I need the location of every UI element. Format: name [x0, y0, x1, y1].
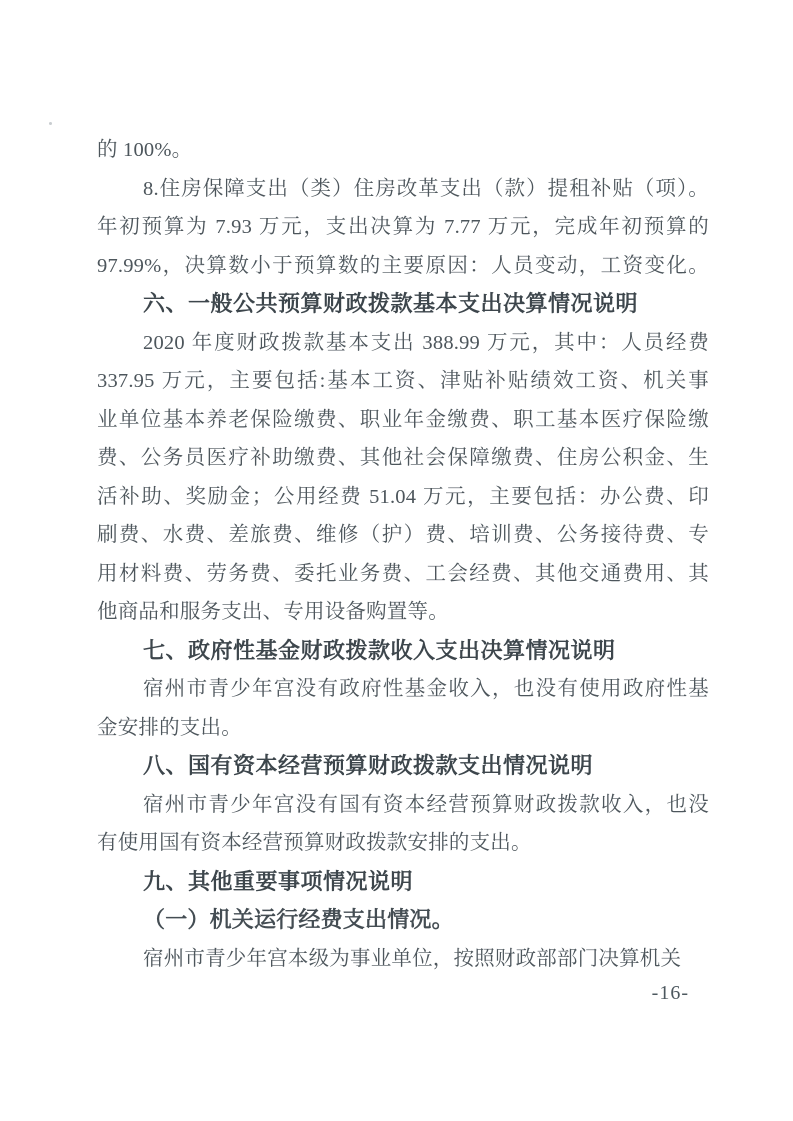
text-line: 2020 年度财政拨款基本支出 388.99 万元，其中：人员经费 — [97, 324, 709, 363]
text-line: 金安排的支出。 — [97, 709, 709, 748]
text-line: 费、公务员医疗补助缴费、其他社会保障缴费、住房公积金、生 — [97, 439, 709, 478]
text-line: 宿州市青少年宫没有国有资本经营预算财政拨款收入，也没 — [97, 786, 709, 825]
document-page: 的 100%。8.住房保障支出（类）住房改革支出（款）提租补贴（项）。年初预算为… — [0, 0, 793, 1121]
text-line: 有使用国有资本经营预算财政拨款安排的支出。 — [97, 824, 709, 863]
text-line: 刷费、水费、差旅费、维修（护）费、培训费、公务接待费、专 — [97, 516, 709, 555]
text-line: 宿州市青少年宫没有政府性基金收入，也没有使用政府性基 — [97, 670, 709, 709]
text-line: 活补助、奖励金；公用经费 51.04 万元，主要包括：办公费、印 — [97, 478, 709, 517]
text-line: 用材料费、劳务费、委托业务费、工会经费、其他交通费用、其 — [97, 555, 709, 594]
text-line: 宿州市青少年宫本级为事业单位，按照财政部部门决算机关 — [97, 940, 709, 979]
section-heading: 八、国有资本经营预算财政拨款支出情况说明 — [97, 747, 709, 786]
section-heading: 九、其他重要事项情况说明 — [97, 863, 709, 902]
page-number: -16- — [652, 982, 689, 1005]
text-line: 8.住房保障支出（类）住房改革支出（款）提租补贴（项）。 — [97, 170, 709, 209]
section-heading: 七、政府性基金财政拨款收入支出决算情况说明 — [97, 632, 709, 671]
section-heading: 六、一般公共预算财政拨款基本支出决算情况说明 — [97, 285, 709, 324]
text-line: 他商品和服务支出、专用设备购置等。 — [97, 593, 709, 632]
scan-speck — [49, 122, 52, 125]
text-line: 的 100%。 — [97, 131, 709, 170]
text-line: 337.95 万元，主要包括:基本工资、津贴补贴绩效工资、机关事 — [97, 362, 709, 401]
text-line: 97.99%，决算数小于预算数的主要原因：人员变动，工资变化。 — [97, 247, 709, 286]
text-line: 业单位基本养老保险缴费、职业年金缴费、职工基本医疗保险缴 — [97, 401, 709, 440]
document-content: 的 100%。8.住房保障支出（类）住房改革支出（款）提租补贴（项）。年初预算为… — [97, 131, 709, 978]
sub-section-heading: （一）机关运行经费支出情况。 — [97, 901, 709, 940]
text-line: 年初预算为 7.93 万元，支出决算为 7.77 万元，完成年初预算的 — [97, 208, 709, 247]
